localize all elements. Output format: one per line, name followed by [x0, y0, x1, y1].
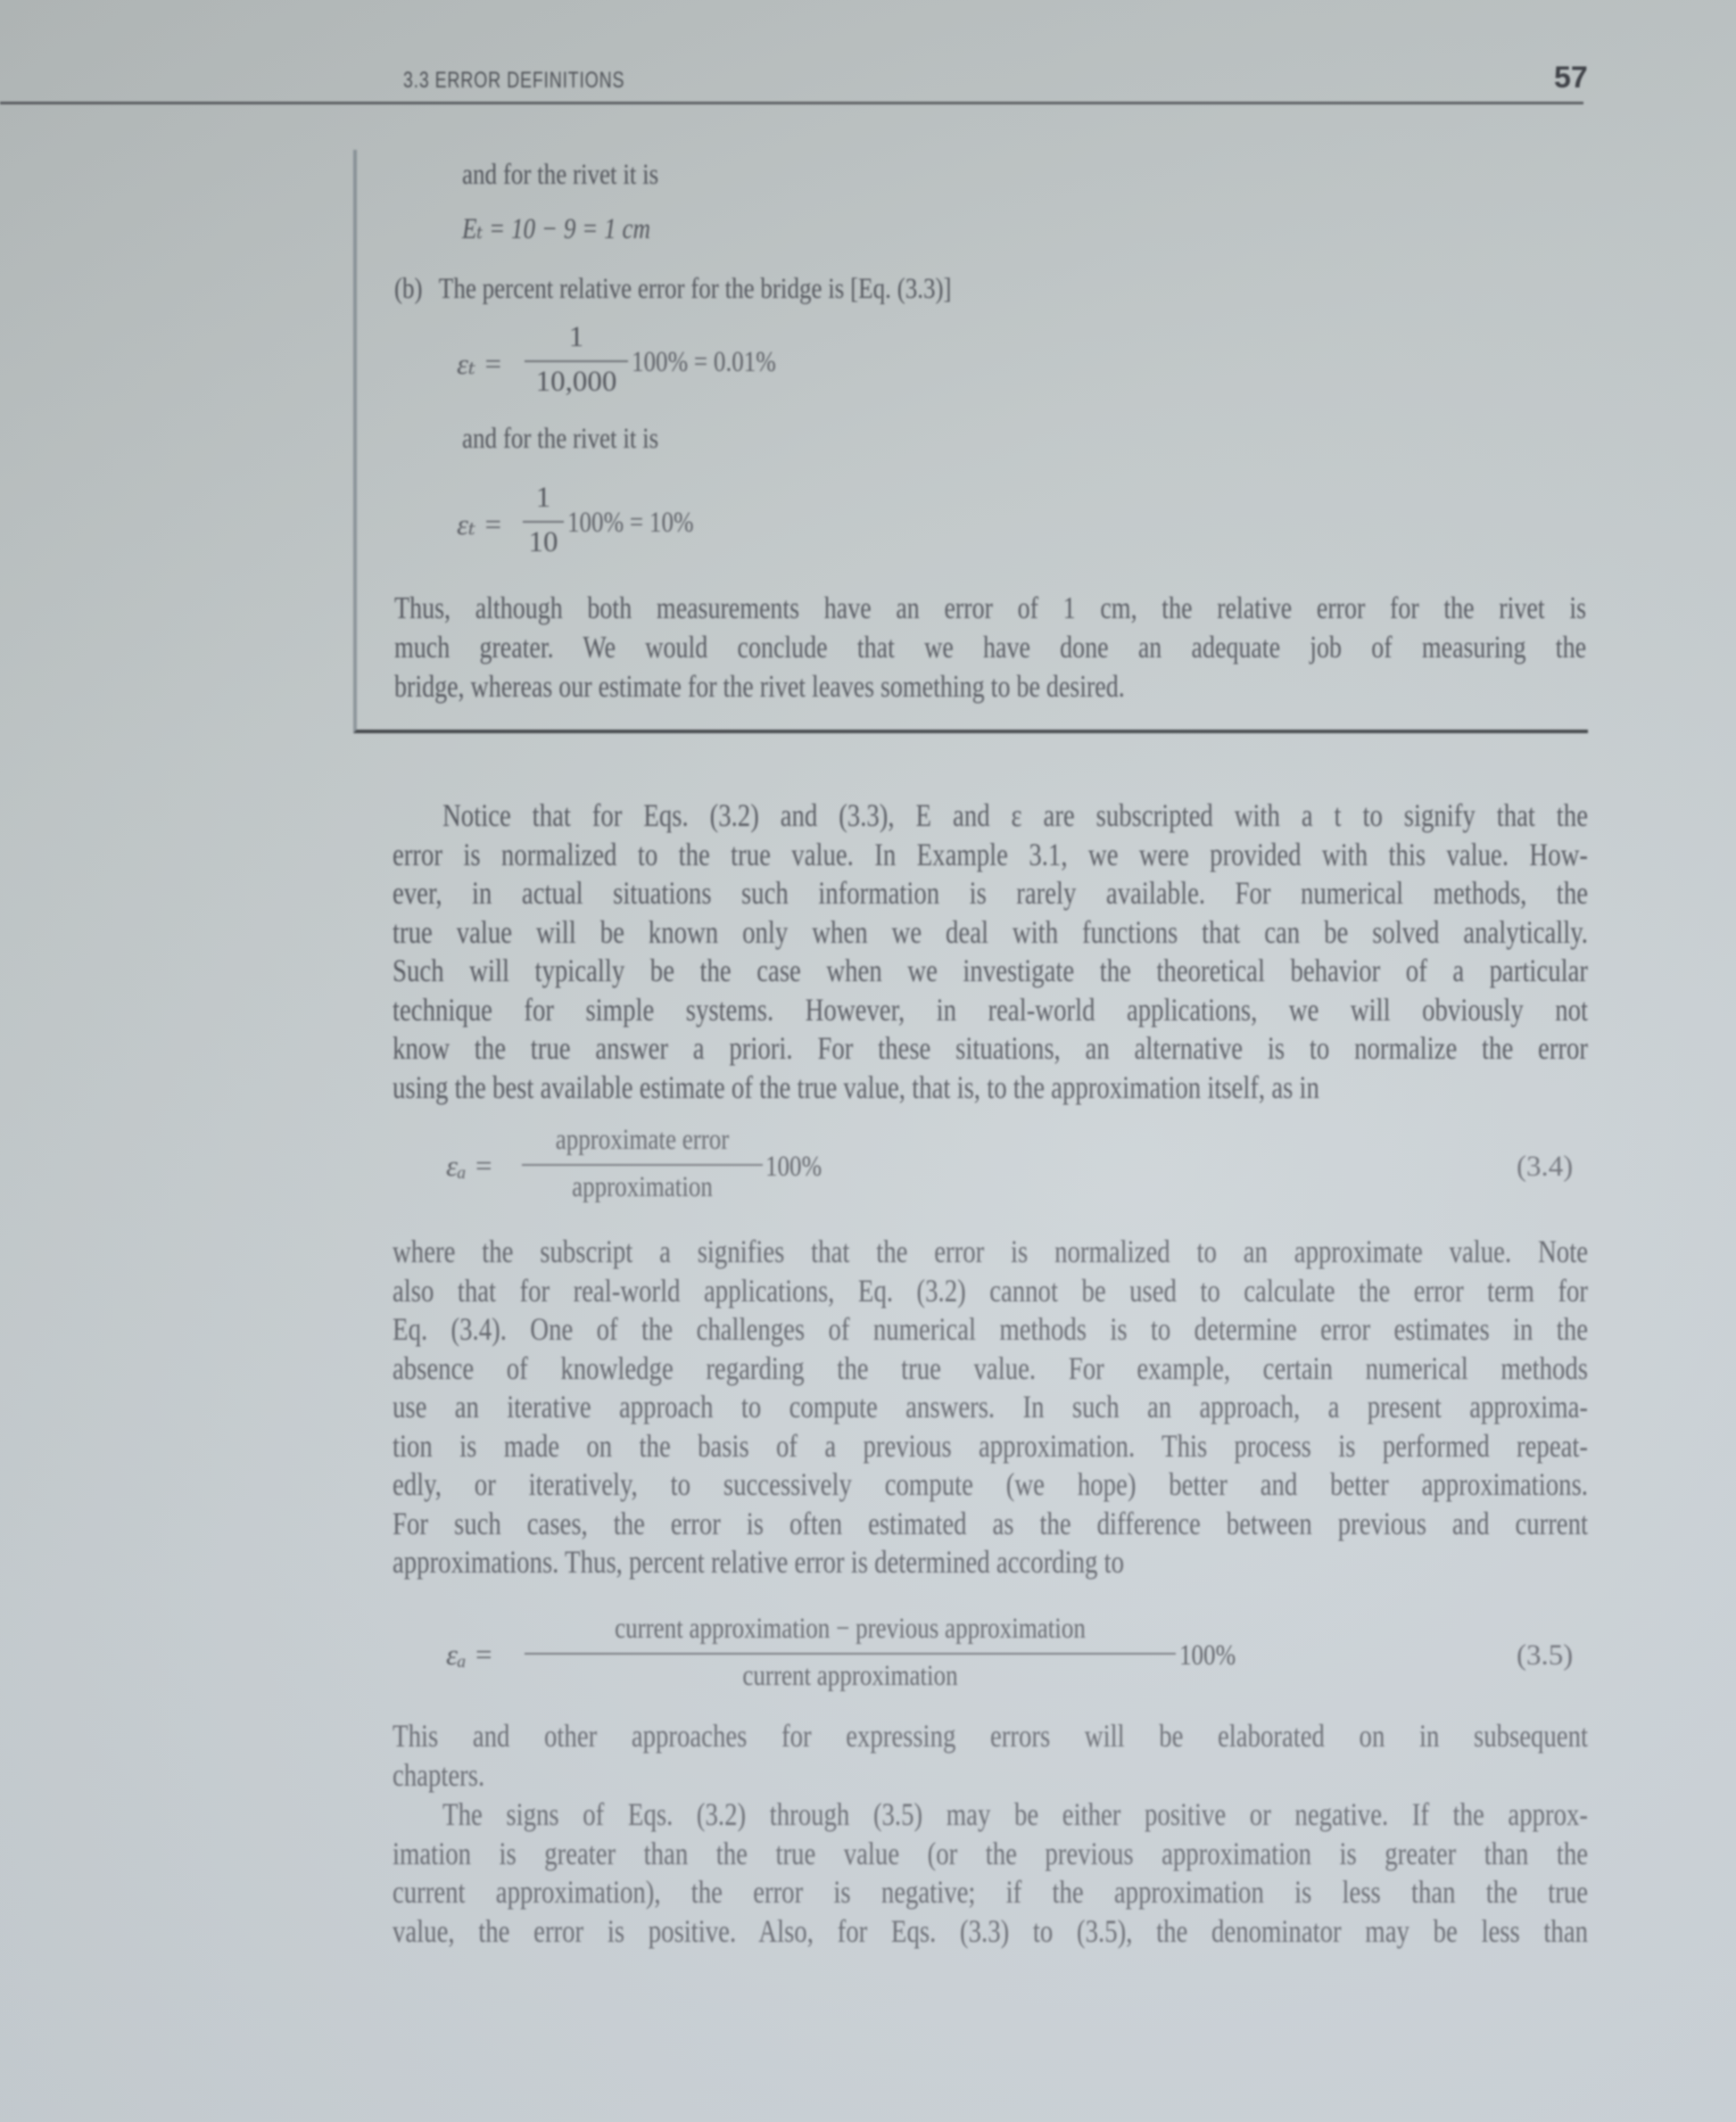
paragraph-true-value: Notice that for Eqs. (3.2) and (3.3), E …: [393, 797, 1588, 1107]
fraction-bar: [525, 360, 628, 362]
text-line: ever, in actual situations such informat…: [393, 874, 1588, 913]
equation-3-5-rhs: 100%: [1179, 1639, 1236, 1672]
equation-bridge-rhs: 100% = 0.01%: [632, 346, 776, 379]
text-line: bridge, whereas our estimate for the riv…: [394, 667, 1586, 706]
text-line: using the best available estimate of the…: [393, 1069, 1588, 1108]
text-line: also that for real-world applications, E…: [393, 1272, 1588, 1311]
fraction-numerator: approximate error: [543, 1124, 740, 1157]
fraction-bridge: 1 10,000: [525, 321, 628, 401]
text-line: Notice that for Eqs. (3.2) and (3.3), E …: [393, 797, 1588, 836]
equation-3-5-fraction: current approximation − previous approxi…: [525, 1613, 1176, 1697]
fraction-denominator: 10,000: [525, 366, 628, 399]
text-line: absence of knowledge regarding the true …: [393, 1350, 1588, 1389]
equation-number-3-5: (3.5): [1517, 1639, 1573, 1672]
equation-bridge-lhs: εₜ =: [457, 346, 503, 382]
text-line: tion is made on the basis of a previous …: [393, 1427, 1588, 1466]
equation-3-4-fraction: approximate error approximation: [522, 1124, 763, 1209]
running-head: 3.3 ERROR DEFINITIONS 57: [0, 45, 1583, 104]
section-title: 3.3 ERROR DEFINITIONS: [403, 68, 624, 94]
fraction-denominator: 10: [523, 526, 564, 559]
text-line: where the subscript a signifies that the…: [393, 1233, 1588, 1272]
paragraph-error-signs: The signs of Eqs. (3.2) through (3.5) ma…: [393, 1796, 1588, 1951]
text-line: chapters.: [393, 1756, 1588, 1796]
text-line: true value will be known only when we de…: [393, 913, 1588, 953]
text-line: use an iterative approach to compute ans…: [393, 1388, 1588, 1427]
text-line: The signs of Eqs. (3.2) through (3.5) ma…: [393, 1796, 1588, 1835]
text-line: Thus, although both measurements have an…: [394, 589, 1586, 628]
equation-rivet-true-error: Eₜ = 10 − 9 = 1 cm: [462, 211, 650, 246]
text-line: imation is greater than the true value (…: [393, 1835, 1588, 1874]
text-line: Eq. (3.4). One of the challenges of nume…: [393, 1310, 1588, 1350]
equation-number-3-4: (3.4): [1517, 1151, 1573, 1184]
fraction-bar: [522, 1164, 763, 1166]
fraction-denominator: current approximation: [583, 1660, 1118, 1693]
paragraph-approximate-error: where the subscript a signifies that the…: [393, 1233, 1588, 1582]
example-conclusion: Thus, although both measurements have an…: [394, 589, 1586, 706]
fraction-numerator: 1: [523, 482, 564, 515]
page-number: 57: [1554, 61, 1588, 95]
part-b-text: The percent relative error for the bridg…: [439, 273, 952, 305]
equation-3-5-lhs: εₐ =: [446, 1639, 493, 1672]
text-line: value, the error is positive. Also, for …: [393, 1912, 1588, 1952]
equation-3-4-lhs: εₐ =: [446, 1151, 493, 1184]
fraction-bar: [523, 521, 564, 523]
paragraph-other-approaches: This and other approaches for expressing…: [393, 1717, 1588, 1795]
text-line: For such cases, the error is often estim…: [393, 1505, 1588, 1544]
part-b-label: (b): [394, 273, 423, 305]
fraction-numerator: 1: [525, 321, 628, 354]
text-line: much greater. We would conclude that we …: [394, 628, 1586, 667]
text-line: This and other approaches for expressing…: [393, 1717, 1588, 1756]
text-line: current approximation), the error is neg…: [393, 1873, 1588, 1912]
text-line: error is normalized to the true value. I…: [393, 836, 1588, 875]
fraction-bar: [525, 1653, 1176, 1655]
fraction-denominator: approximation: [543, 1171, 740, 1204]
textbook-page: 3.3 ERROR DEFINITIONS 57 and for the riv…: [0, 0, 1736, 2122]
fraction-rivet: 1 10: [523, 482, 564, 562]
text-line: technique for simple systems. However, i…: [393, 991, 1588, 1030]
text-line: edly, or iteratively, to successively co…: [393, 1466, 1588, 1505]
example-text-rivet: and for the rivet it is: [462, 423, 658, 456]
equation-3-4-rhs: 100%: [765, 1151, 822, 1184]
text-line: Such will typically be the case when we …: [393, 952, 1588, 991]
example-text-rivet-intro: and for the rivet it is: [462, 159, 658, 192]
equation-rivet-rhs: 100% = 10%: [567, 507, 694, 540]
example-part-b: (b) The percent relative error for the b…: [394, 273, 952, 306]
equation-rivet-lhs: εₜ =: [457, 507, 503, 542]
text-line: know the true answer a priori. For these…: [393, 1029, 1588, 1069]
fraction-numerator: current approximation − previous approxi…: [583, 1613, 1118, 1646]
text-line: approximations. Thus, percent relative e…: [393, 1543, 1588, 1582]
